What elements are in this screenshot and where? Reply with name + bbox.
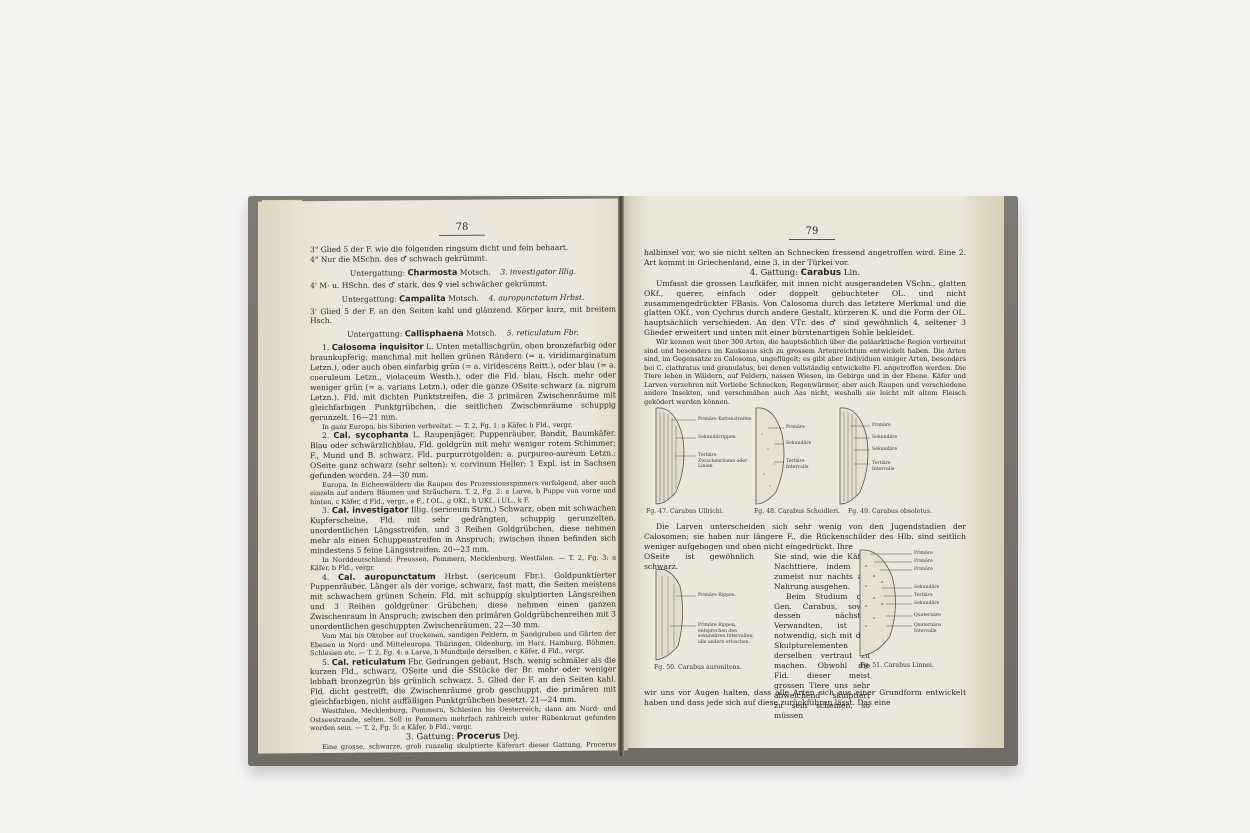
- fig47-label-3: Tertiäre Zwischenräume oder Linien: [698, 453, 748, 470]
- fig51-label-1: Primäre: [914, 551, 933, 557]
- fig48-label-1: Primäre: [786, 425, 805, 431]
- carabus-description: Umfasst die grossen Laufkäfer, mit innen…: [644, 279, 966, 338]
- fig50-label-2: Primäre Rippen, entsprechen den sekundär…: [698, 623, 758, 645]
- fig48-label-2: Sekundäre: [786, 441, 811, 447]
- subgenus-campalita: Untergattung: Campalita Motsch. 4. aurop…: [310, 292, 616, 305]
- key-line-4prime: 4' M- u. HSchn. des ♂ stark, des ♀ viel …: [310, 278, 616, 291]
- genus-heading-carabus: 4. Gattung: Carabus Lin.: [644, 268, 966, 279]
- continuation-text: halbinsel vor, wo sie nicht selten an Sc…: [644, 248, 966, 268]
- fig47-caption: Fg. 47. Carabus Ullrichi.: [646, 508, 724, 515]
- fig51-label-8: Quaternäre Intervalle: [914, 623, 954, 634]
- key-line-4: 4" Nur die MSchn. des ♂ schwach gekrümmt…: [310, 252, 616, 265]
- elytron-fig51-icon: [856, 546, 986, 670]
- species-2-distribution: Europa. In Eichenwäldern die Raupen des …: [310, 478, 616, 506]
- fig51-label-7: Quaternäre: [914, 613, 941, 619]
- page-number-right: 79: [782, 226, 842, 240]
- right-page-body-top: halbinsel vor, wo sie nicht selten an Sc…: [644, 248, 966, 406]
- fig49-label-4: Tertiäre Intervalle: [872, 461, 906, 472]
- fig51-caption: Fg. 51. Carabus Linnei.: [860, 662, 934, 669]
- fig50-label-1: Primäre Rippen.: [698, 593, 736, 599]
- left-page: 78 3" Glied 5 der F. wie die folgenden r…: [258, 198, 628, 753]
- fig48-caption: Fg. 48. Carabus Scheidleri.: [754, 508, 840, 515]
- species-entry-4: 4. Cal. auropunctatum Hrbst. (sericeum F…: [310, 570, 616, 632]
- fig50-caption: Fg. 50. Carabus auronitens.: [654, 664, 742, 671]
- fig49-label-2: Sekundäre: [872, 435, 897, 441]
- species-entry-3: 3. Cal. investigator Illig. (sericeum St…: [310, 504, 616, 556]
- subgenus-callisphaena: Untergattung: Callisphaena Motsch. 5. re…: [310, 328, 616, 341]
- figure-row-47-49: Primäre Kettenstreifen Sekundärrippen Te…: [644, 404, 966, 516]
- fig51-label-6: Sekundäre: [914, 601, 939, 607]
- elytron-fig50-icon: [650, 566, 770, 672]
- species-entry-2: 2. Cal. sycophanta L. Raupenjäger, Puppe…: [310, 428, 616, 480]
- species-entry-5: 5. Cal. reticulatum Fbr. Gedrungen gebau…: [310, 655, 616, 707]
- page-number-left: 78: [432, 222, 492, 237]
- carabus-ecology: Wir kennen weit über 300 Arten, die haup…: [644, 338, 966, 406]
- fig51-label-4: Sekundäre: [914, 585, 939, 591]
- fig49-caption: Fg. 49. Carabus obsoletus.: [848, 508, 932, 515]
- species-4-distribution: Vom Mai bis Oktober auf trockenen, sandi…: [310, 629, 616, 657]
- species-entry-1: 1. Calosoma inquisitor L. Unten metallis…: [310, 341, 616, 423]
- right-page-closing: wir uns vor Augen halten, dass alle Arte…: [644, 688, 966, 708]
- figure-51: Primäre Primäre Primäre Sekundäre Tertiä…: [856, 546, 986, 670]
- fig49-label-3: Sekundäre: [872, 447, 897, 453]
- fig51-label-5: Tertiäre: [914, 593, 933, 599]
- fig51-label-2: Primäre: [914, 559, 933, 565]
- fig49-label-1: Primäre: [872, 423, 891, 429]
- species-5-distribution: Westfalen, Mecklenburg, Pommern, Schlesi…: [310, 705, 616, 733]
- figure-50: Primäre Rippen. Primäre Rippen, entsprec…: [650, 566, 770, 672]
- fig47-label-1: Primäre Kettenstreifen: [698, 417, 752, 423]
- closing-text: wir uns vor Augen halten, dass alle Arte…: [644, 688, 966, 708]
- fig51-label-3: Primäre: [914, 567, 933, 573]
- subgenus-charmosta: Untergattung: Charmosta Motsch. 3. inves…: [310, 266, 616, 279]
- fig48-label-3: Tertiäre Intervalle: [786, 459, 816, 470]
- left-page-body: 3" Glied 5 der F. wie die folgenden ring…: [310, 242, 616, 753]
- key-line-3prime: 3' Glied 5 der F. an den Seiten kahl und…: [310, 304, 616, 326]
- right-page: 79 halbinsel vor, wo sie nicht selten an…: [620, 196, 1004, 748]
- fig47-label-2: Sekundärrippen: [698, 435, 736, 441]
- book-gutter: [618, 196, 624, 756]
